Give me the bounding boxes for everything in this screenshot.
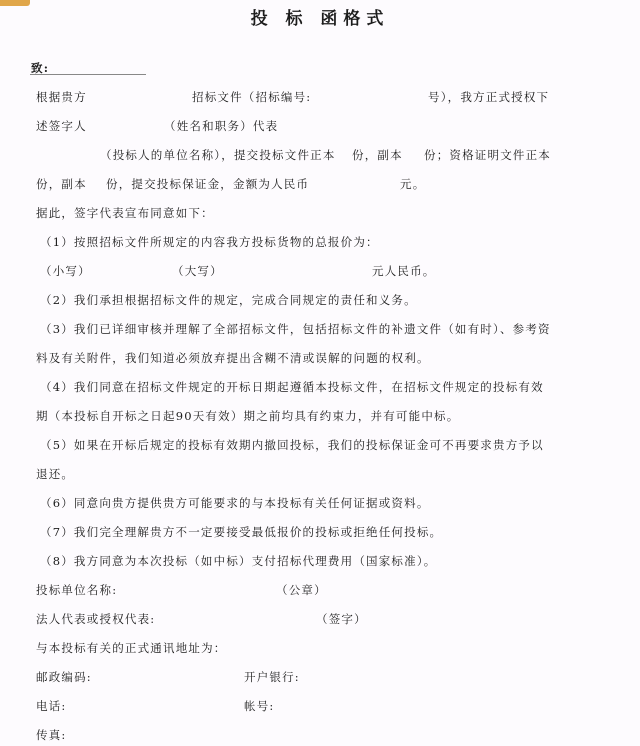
text-l20: 与本投标有关的正式通讯地址为： xyxy=(36,640,227,656)
text-l6: （1）按照招标文件所规定的内容我方投标货物的总报价为： xyxy=(40,234,379,250)
to-underline xyxy=(30,74,146,75)
text-l21a: 邮政编码: xyxy=(36,669,92,685)
text-l17: （8）我方同意为本次投标（如中标）支付招标代理费用（国家标准）。 xyxy=(40,553,436,569)
text-l18a: 投标单位名称: xyxy=(36,582,117,598)
text-l19a: 法人代表或授权代表: xyxy=(36,611,155,627)
text-l22a: 电话: xyxy=(36,698,66,714)
text-l21b: 开户银行: xyxy=(244,669,300,685)
text-l2a: 述签字人 xyxy=(36,118,87,134)
text-l4c: 元。 xyxy=(400,176,425,192)
text-l3a: （投标人的单位名称），提交投标文件正本 xyxy=(100,147,336,163)
text-l2b: （姓名和职务）代表 xyxy=(164,118,278,134)
text-l7a: （小写） xyxy=(40,263,91,279)
text-l10: 料及有关附件，我们知道必须放弃提出含糊不清或误解的问题的权利。 xyxy=(36,350,430,366)
text-l9: （3）我们已详细审核并理解了全部招标文件，包括招标文件的补遗文件（如有时）、参考… xyxy=(40,321,551,337)
text-l16: （7）我们完全理解贵方不一定要接受最低报价的投标或拒绝任何投标。 xyxy=(40,524,442,540)
text-l1a: 根据贵方 xyxy=(36,89,87,105)
text-l23: 传真: xyxy=(36,727,66,743)
text-l1b: 招标文件（招标编号: xyxy=(192,89,311,105)
text-l7b: （大写） xyxy=(172,263,223,279)
text-l18b: （公章） xyxy=(276,582,327,598)
text-l5: 据此，签字代表宣布同意如下： xyxy=(36,205,214,221)
text-l15: （6）同意向贵方提供贵方可能要求的与本投标有关任何证据或资料。 xyxy=(40,495,430,511)
text-l4b: 份，提交投标保证金，金额为人民币 xyxy=(106,176,309,192)
text-l8: （2）我们承担根据招标文件的规定，完成合同规定的责任和义务。 xyxy=(40,292,417,308)
text-l22b: 帐号: xyxy=(244,698,274,714)
text-l7c: 元人民币。 xyxy=(372,263,436,279)
text-l3c: 份；资格证明文件正本 xyxy=(424,147,551,163)
text-l4a: 份，副本 xyxy=(36,176,87,192)
text-l14: 退还。 xyxy=(36,466,74,482)
text-l3b: 份，副本 xyxy=(352,147,403,163)
text-l12: 期（本投标自开标之日起90天有效）期之前均具有约束力，并有可能中标。 xyxy=(36,408,459,424)
text-l11: （4）我们同意在招标文件规定的开标日期起遵循本投标文件，在招标文件规定的投标有效 xyxy=(40,379,544,395)
text-l19b: （签字） xyxy=(316,611,367,627)
text-l13: （5）如果在开标后规定的投标有效期内撤回投标，我们的投标保证金可不再要求贵方予以 xyxy=(40,437,544,453)
text-l1c: 号），我方正式授权下 xyxy=(428,89,549,105)
page-title: 投 标 函格式 xyxy=(0,4,640,29)
